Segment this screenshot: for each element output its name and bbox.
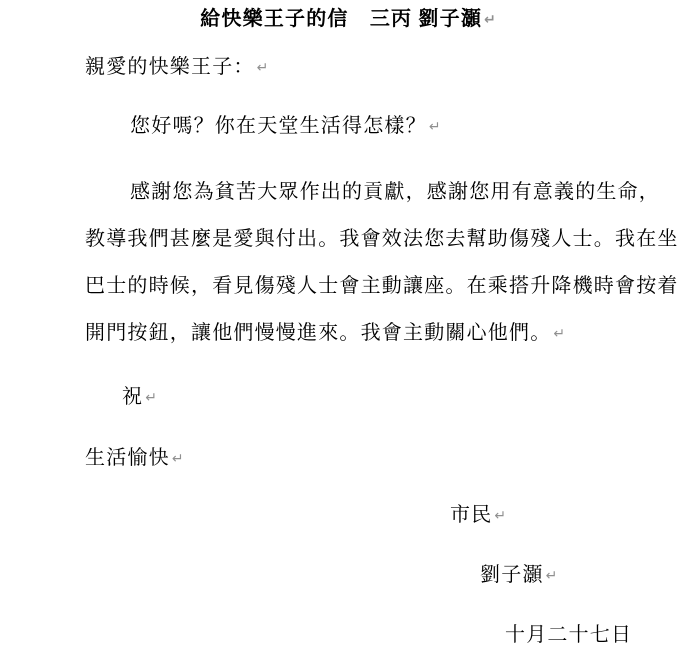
paragraph-mark-icon: ↵ xyxy=(429,119,441,135)
closing-prefix-line: 祝↵ xyxy=(122,385,157,410)
letter-date: 十月二十七日 xyxy=(505,624,632,646)
letter-document-page: 給快樂王子的信 三丙 劉子灝↵ 親愛的快樂王子：↵ 您好嗎？你在天堂生活得怎樣？… xyxy=(0,0,696,654)
greeting-line: 您好嗎？你在天堂生活得怎樣？↵ xyxy=(130,114,441,139)
paragraph-mark-icon: ↵ xyxy=(494,508,506,524)
closing-wish: 生活愉快 xyxy=(85,447,170,469)
date-line: 十月二十七日 xyxy=(505,623,632,647)
body-line-1: 感謝您為貧苦大眾作出的貢獻，感謝您用有意義的生命， xyxy=(130,180,660,204)
body-line-4: 開門按鈕，讓他們慢慢進來。我會主動關心他們。↵ xyxy=(85,321,565,346)
paragraph-mark-icon: ↵ xyxy=(145,390,157,406)
signature-name-line: 劉子灝↵ xyxy=(480,563,557,588)
closing-wish-line: 生活愉快↵ xyxy=(85,446,184,471)
paragraph-mark-icon: ↵ xyxy=(553,326,565,342)
body-text: 教導我們甚麼是愛與付出。我會效法您去幫助傷殘人士。我在坐 xyxy=(85,228,679,250)
letter-title: 給快樂王子的信 三丙 劉子灝 xyxy=(200,8,482,30)
letter-title-line: 給快樂王子的信 三丙 劉子灝↵ xyxy=(0,7,696,32)
salutation-line: 親愛的快樂王子：↵ xyxy=(85,55,268,80)
signature-role: 市民 xyxy=(450,504,492,526)
paragraph-mark-icon: ↵ xyxy=(546,568,558,584)
body-line-3: 巴士的時候，看見傷殘人士會主動讓座。在乘搭升降機時會按着 xyxy=(85,274,679,298)
body-text: 巴士的時候，看見傷殘人士會主動讓座。在乘搭升降機時會按着 xyxy=(85,275,679,297)
body-line-2: 教導我們甚麼是愛與付出。我會效法您去幫助傷殘人士。我在坐 xyxy=(85,227,679,251)
signature-name: 劉子灝 xyxy=(480,564,544,586)
greeting: 您好嗎？你在天堂生活得怎樣？ xyxy=(130,115,427,137)
paragraph-mark-icon: ↵ xyxy=(257,60,269,76)
salutation: 親愛的快樂王子： xyxy=(85,56,255,78)
body-text: 開門按鈕，讓他們慢慢進來。我會主動關心他們。 xyxy=(85,322,551,344)
paragraph-mark-icon: ↵ xyxy=(484,12,496,28)
closing-prefix: 祝 xyxy=(122,386,143,408)
signature-role-line: 市民↵ xyxy=(450,503,506,528)
paragraph-mark-icon: ↵ xyxy=(172,451,184,467)
body-text: 感謝您為貧苦大眾作出的貢獻，感謝您用有意義的生命， xyxy=(130,181,660,203)
